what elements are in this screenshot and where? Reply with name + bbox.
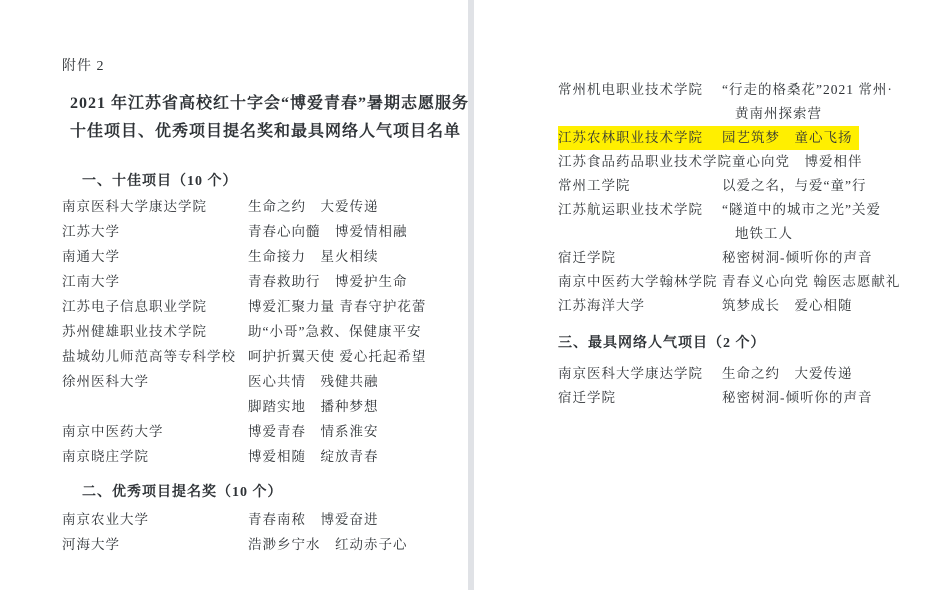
project-name-cell: 秘密树洞-倾听你的声音 xyxy=(722,386,873,410)
school-name-cell: 江苏航运职业技术学院 xyxy=(558,198,722,222)
school-name-cell: 江南大学 xyxy=(62,269,248,294)
section-3-rows: 南京医科大学康达学院 生命之约 大爱传递 宿迁学院 秘密树洞-倾听你的声音 xyxy=(558,362,936,410)
document-title: 2021 年江苏省高校红十字会“博爱青春”暑期志愿服务 十佳项目、优秀项目提名奖… xyxy=(70,90,466,146)
award-row: 江南大学 青春救助行 博爱护生命 xyxy=(62,269,468,294)
award-row: 江苏电子信息职业学院 博爱汇聚力量 青春守护花蕾 xyxy=(62,294,468,319)
project-name-cell: 筑梦成长 爱心相随 xyxy=(722,294,853,318)
project-line-1: “行走的格桑花”2021 常州· xyxy=(722,78,893,102)
highlighted-award-row: 江苏农林职业技术学院 园艺筑梦 童心飞扬 xyxy=(558,126,859,150)
project-name-cell: 生命接力 星火相续 xyxy=(248,244,379,269)
right-page: 常州机电职业技术学院 “行走的格桑花”2021 常州· 黄南州探索营 江苏农林职… xyxy=(474,0,936,590)
school-name-cell: 南京农业大学 xyxy=(62,507,248,532)
project-name-cell: 生命之约 大爱传递 xyxy=(248,194,379,219)
award-row: 南京医科大学康达学院 生命之约 大爱传递 xyxy=(62,194,468,219)
award-row: 盐城幼儿师范高等专科学校 呵护折翼天使 爱心托起希望 xyxy=(62,344,468,369)
award-row: 南京中医药大学 博爱青春 情系淮安 xyxy=(62,419,468,444)
section-2-rows: 南京农业大学 青春南秾 博爱奋进 河海大学 浩渺乡宁水 红动赤子心 xyxy=(62,507,468,557)
project-line-1: “隧道中的城市之光”关爱 xyxy=(722,198,881,222)
award-row: 常州工学院 以爱之名，与爱“童”行 xyxy=(558,174,936,198)
school-name-cell: 河海大学 xyxy=(62,532,248,557)
project-name-cell: 博爱相随 绽放青春 xyxy=(248,444,379,469)
project-name-cell: 青春救助行 博爱护生命 xyxy=(248,269,408,294)
school-name-cell: 宿迁学院 xyxy=(558,246,722,270)
award-row: 徐州医科大学 医心共情 残健共融 xyxy=(62,369,468,394)
school-name-cell: 江苏电子信息职业学院 xyxy=(62,294,248,319)
school-name-cell: 徐州医科大学 xyxy=(62,369,248,394)
project-name-cell: 青春心向髓 博爱情相融 xyxy=(248,219,408,244)
project-name-cell: 园艺筑梦 童心飞扬 xyxy=(722,126,853,150)
award-row: 南京农业大学 青春南秾 博爱奋进 xyxy=(62,507,468,532)
document-canvas: 附件 2 2021 年江苏省高校红十字会“博爱青春”暑期志愿服务 十佳项目、优秀… xyxy=(0,0,936,590)
section-2-continued-rows: 常州机电职业技术学院 “行走的格桑花”2021 常州· 黄南州探索营 江苏农林职… xyxy=(558,78,936,318)
award-row: 宿迁学院 秘密树洞-倾听你的声音 xyxy=(558,246,936,270)
award-row: 南京晓庄学院 博爱相随 绽放青春 xyxy=(62,444,468,469)
project-line-2: 地铁工人 xyxy=(722,222,881,246)
document-title-line-1: 2021 年江苏省高校红十字会“博爱青春”暑期志愿服务 xyxy=(70,90,466,118)
project-line-2: 黄南州探索营 xyxy=(722,102,893,126)
school-name-cell: 南京医科大学康达学院 xyxy=(62,194,248,219)
award-row: 南京医科大学康达学院 生命之约 大爱传递 xyxy=(558,362,936,386)
project-name-cell: 呵护折翼天使 爱心托起希望 xyxy=(248,344,426,369)
project-name-cell: 博爱青春 情系淮安 xyxy=(248,419,379,444)
award-row: 常州机电职业技术学院 “行走的格桑花”2021 常州· 黄南州探索营 xyxy=(558,78,936,126)
school-name-cell: 南通大学 xyxy=(62,244,248,269)
left-page: 附件 2 2021 年江苏省高校红十字会“博爱青春”暑期志愿服务 十佳项目、优秀… xyxy=(0,0,468,590)
award-row-continuation: 脚踏实地 播种梦想 xyxy=(62,394,468,419)
award-row: 苏州健雄职业技术学院 助“小哥”急救、保健康平安 xyxy=(62,319,468,344)
school-name-cell: 宿迁学院 xyxy=(558,386,722,410)
school-name-cell: 南京医科大学康达学院 xyxy=(558,362,722,386)
project-name-cell: 助“小哥”急救、保健康平安 xyxy=(248,319,421,344)
school-name-cell: 南京中医药大学 xyxy=(62,419,248,444)
section-2-heading: 二、优秀项目提名奖（10 个） xyxy=(62,483,468,503)
award-row: 南通大学 生命接力 星火相续 xyxy=(62,244,468,269)
school-name-cell: 南京中医药大学翰林学院 xyxy=(558,270,722,294)
document-title-line-2: 十佳项目、优秀项目提名奖和最具网络人气项目名单 xyxy=(70,118,466,146)
project-name-cell: 浩渺乡宁水 红动赤子心 xyxy=(248,532,408,557)
section-1-rows: 南京医科大学康达学院 生命之约 大爱传递 江苏大学 青春心向髓 博爱情相融 南通… xyxy=(62,194,468,469)
school-name-cell: 江苏大学 xyxy=(62,219,248,244)
school-name-cell: 南京晓庄学院 xyxy=(62,444,248,469)
section-3-heading: 三、最具网络人气项目（2 个） xyxy=(558,334,936,354)
school-name-cell: 江苏农林职业技术学院 xyxy=(558,126,722,150)
project-name-cell: 童心向党 博爱相伴 xyxy=(732,150,863,174)
project-name-cell: 青春南秾 博爱奋进 xyxy=(248,507,379,532)
attachment-label: 附件 2 xyxy=(62,58,468,76)
project-name-cell: “行走的格桑花”2021 常州· 黄南州探索营 xyxy=(722,78,893,126)
section-1-heading: 一、十佳项目（10 个） xyxy=(62,172,468,192)
project-name-cell: 秘密树洞-倾听你的声音 xyxy=(722,246,873,270)
project-name-cell: 生命之约 大爱传递 xyxy=(722,362,853,386)
school-name-cell: 常州机电职业技术学院 xyxy=(558,78,722,102)
project-name-cell: 脚踏实地 播种梦想 xyxy=(248,394,379,419)
award-row: 江苏大学 青春心向髓 博爱情相融 xyxy=(62,219,468,244)
project-name-cell: 以爱之名，与爱“童”行 xyxy=(722,174,866,198)
award-row: 江苏航运职业技术学院 “隧道中的城市之光”关爱 地铁工人 xyxy=(558,198,936,246)
school-name-cell: 苏州健雄职业技术学院 xyxy=(62,319,248,344)
school-name-cell: 常州工学院 xyxy=(558,174,722,198)
project-name-cell: 博爱汇聚力量 青春守护花蕾 xyxy=(248,294,426,319)
project-name-cell: 青春义心向党 翰医志愿献礼 xyxy=(722,270,900,294)
award-row: 河海大学 浩渺乡宁水 红动赤子心 xyxy=(62,532,468,557)
award-row: 宿迁学院 秘密树洞-倾听你的声音 xyxy=(558,386,936,410)
school-name-cell: 江苏海洋大学 xyxy=(558,294,722,318)
award-row: 江苏食品药品职业技术学院 童心向党 博爱相伴 xyxy=(558,150,936,174)
project-name-cell: “隧道中的城市之光”关爱 地铁工人 xyxy=(722,198,881,246)
school-name-cell: 江苏食品药品职业技术学院 xyxy=(558,150,732,174)
award-row: 江苏海洋大学 筑梦成长 爱心相随 xyxy=(558,294,936,318)
award-row: 南京中医药大学翰林学院 青春义心向党 翰医志愿献礼 xyxy=(558,270,936,294)
project-name-cell: 医心共情 残健共融 xyxy=(248,369,379,394)
school-name-cell: 盐城幼儿师范高等专科学校 xyxy=(62,344,248,369)
